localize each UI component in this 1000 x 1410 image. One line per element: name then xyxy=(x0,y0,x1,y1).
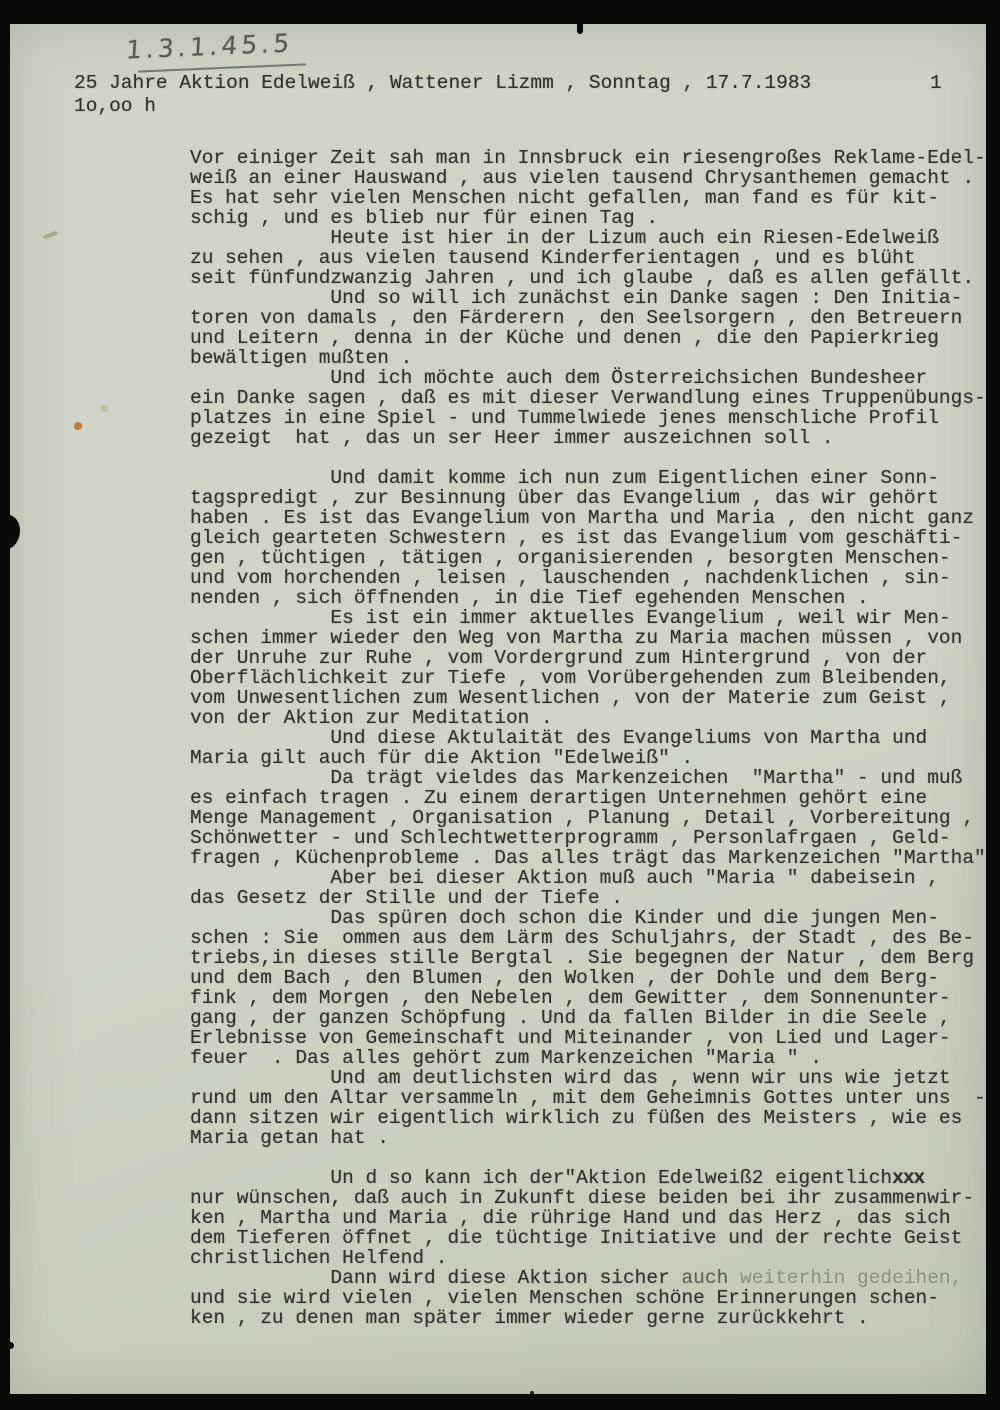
body-line: toren von damals , den Färderern , den S… xyxy=(190,308,986,328)
body-line: Maria getan hat . xyxy=(190,1128,986,1148)
body-line: ken , Martha und Maria , die rührige Han… xyxy=(190,1208,986,1228)
body-line: feuer . Das alles gehört zum Markenzeich… xyxy=(190,1048,986,1068)
body-line: Un d so kann ich der"Aktion Edelweiß2 ei… xyxy=(190,1168,986,1188)
body-line: rund um den Altar versammeln , mit dem G… xyxy=(190,1088,986,1108)
body-line: ein Danke sagen , daß es mit dieser Verw… xyxy=(190,388,986,408)
body-line: Und damit komme ich nun zum Eigentlichen… xyxy=(190,468,986,488)
body-line: Erlebnisse von Gemeinschaft und Miteinan… xyxy=(190,1028,986,1048)
body-line: christlichen Helfend . xyxy=(190,1248,986,1268)
body-line xyxy=(190,1148,986,1168)
body-line: Dann wird diese Aktion sicher auch weite… xyxy=(190,1268,986,1288)
body-line: das Gesetz der Stille und der Tiefe . xyxy=(190,888,986,908)
scan-border-tick xyxy=(577,22,583,34)
body-line: Das spüren doch schon die Kinder und die… xyxy=(190,908,986,928)
body-line: und Leitern , denna in der Küche und den… xyxy=(190,328,986,348)
body-line: dann sitzen wir eigentlich wirklich zu f… xyxy=(190,1108,986,1128)
typewritten-body: Vor einiger Zeit sah man in Innsbruck ei… xyxy=(190,148,986,1328)
body-line: Und am deutlichsten wird das , wenn wir … xyxy=(190,1068,986,1088)
body-line: nur wünschen, daß auch in Zukunft diese … xyxy=(190,1188,986,1208)
body-line: schen : Sie ommen aus dem Lärm des Schul… xyxy=(190,928,986,948)
document-title-line: 25 Jahre Aktion Edelweiß , Wattener Lizm… xyxy=(74,72,811,94)
body-line: ken , zu denen man später immer wieder g… xyxy=(190,1308,986,1328)
body-line: nenden , sich öffnenden , in die Tief eg… xyxy=(190,588,986,608)
body-line: Heute ist hier in der Lizum auch ein Rie… xyxy=(190,228,986,248)
body-line: Schönwetter - und Schlechtwetterprogramm… xyxy=(190,828,986,848)
body-line: Und diese Aktulaität des Evangeliums von… xyxy=(190,728,986,748)
body-line: gezeigt hat , das un ser Heer immer ausz… xyxy=(190,428,986,448)
page-number: 1 xyxy=(930,72,942,94)
body-line: Vor einiger Zeit sah man in Innsbruck ei… xyxy=(190,148,986,168)
body-line: zu sehen , aus vielen tausend Kinderferi… xyxy=(190,248,986,268)
body-line: und sie wird vielen , vielen Menschen sc… xyxy=(190,1288,986,1308)
body-line: Menge Management , Organisation , Planun… xyxy=(190,808,986,828)
body-line: schig , und es blieb nur für einen Tag . xyxy=(190,208,986,228)
body-line: weiß an einer Hauswand , aus vielen taus… xyxy=(190,168,986,188)
body-line: tagspredigt , zur Besinnung über das Eva… xyxy=(190,488,986,508)
body-line: Und ich möchte auch dem Österreichsichen… xyxy=(190,368,986,388)
body-line: und dem Bach , den Blumen , den Wolken ,… xyxy=(190,968,986,988)
body-line: Und so will ich zunächst ein Danke sagen… xyxy=(190,288,986,308)
body-line: fragen , Küchenprobleme . Das alles träg… xyxy=(190,848,986,868)
pale-speck xyxy=(101,405,108,412)
body-line: platzes in eine Spiel - und Tummelwiede … xyxy=(190,408,986,428)
body-line: gleich gearteten Schwestern , es ist das… xyxy=(190,528,986,548)
body-line: Oberflächlichkeit zur Tiefe , vom Vorübe… xyxy=(190,668,986,688)
body-line: von der Aktion zur Meditation . xyxy=(190,708,986,728)
scanned-document-page: { "annotation": { "code": "1.3.1.45.5" }… xyxy=(0,0,1000,1410)
body-line: Maria gilt auch für die Aktion "Edelweiß… xyxy=(190,748,986,768)
body-line: triebs,in dieses stille Bergtal . Sie be… xyxy=(190,948,986,968)
body-line: vom Unwesentlichen zum Wesentlichen , vo… xyxy=(190,688,986,708)
body-line: gang , der ganzen Schöpfung . Und da fal… xyxy=(190,1008,986,1028)
scan-edge-dash xyxy=(0,1342,14,1349)
bottom-speck xyxy=(530,1391,534,1395)
body-line: der Unruhe zur Ruhe , vom Vordergrund zu… xyxy=(190,648,986,668)
body-line: Da trägt vieldes das Markenzeichen "Mart… xyxy=(190,768,986,788)
body-line: fink , dem Morgen , den Nebelen , dem Ge… xyxy=(190,988,986,1008)
body-line: Es ist ein immer aktuelles Evangelium , … xyxy=(190,608,986,628)
body-line: und vom horchenden , leisen , lauschende… xyxy=(190,568,986,588)
body-line: haben . Es ist das Evangelium von Martha… xyxy=(190,508,986,528)
orange-speck xyxy=(74,422,82,430)
paper-sheet: 1.3.1.45.5 25 Jahre Aktion Edelweiß , Wa… xyxy=(10,24,986,1394)
body-line: Es hat sehr vielen Menschen nicht gefall… xyxy=(190,188,986,208)
handwritten-archive-number: 1.3.1.45.5 xyxy=(125,28,294,64)
body-line: bewältigen mußten . xyxy=(190,348,986,368)
body-line: Aber bei dieser Aktion muß auch "Maria "… xyxy=(190,868,986,888)
document-time-line: 1o,oo h xyxy=(74,95,156,117)
body-line: dem Tieferen öffnet , die tüchtige Initi… xyxy=(190,1228,986,1248)
body-line: es einfach tragen . Zu einem derartigen … xyxy=(190,788,986,808)
body-line: gen , tüchtigen , tätigen , organisieren… xyxy=(190,548,986,568)
body-line: seit fünfundzwanzig Jahren , und ich gla… xyxy=(190,268,986,288)
body-line: schen immer wieder den Weg von Martha zu… xyxy=(190,628,986,648)
margin-smudge xyxy=(43,231,58,240)
body-line xyxy=(190,448,986,468)
